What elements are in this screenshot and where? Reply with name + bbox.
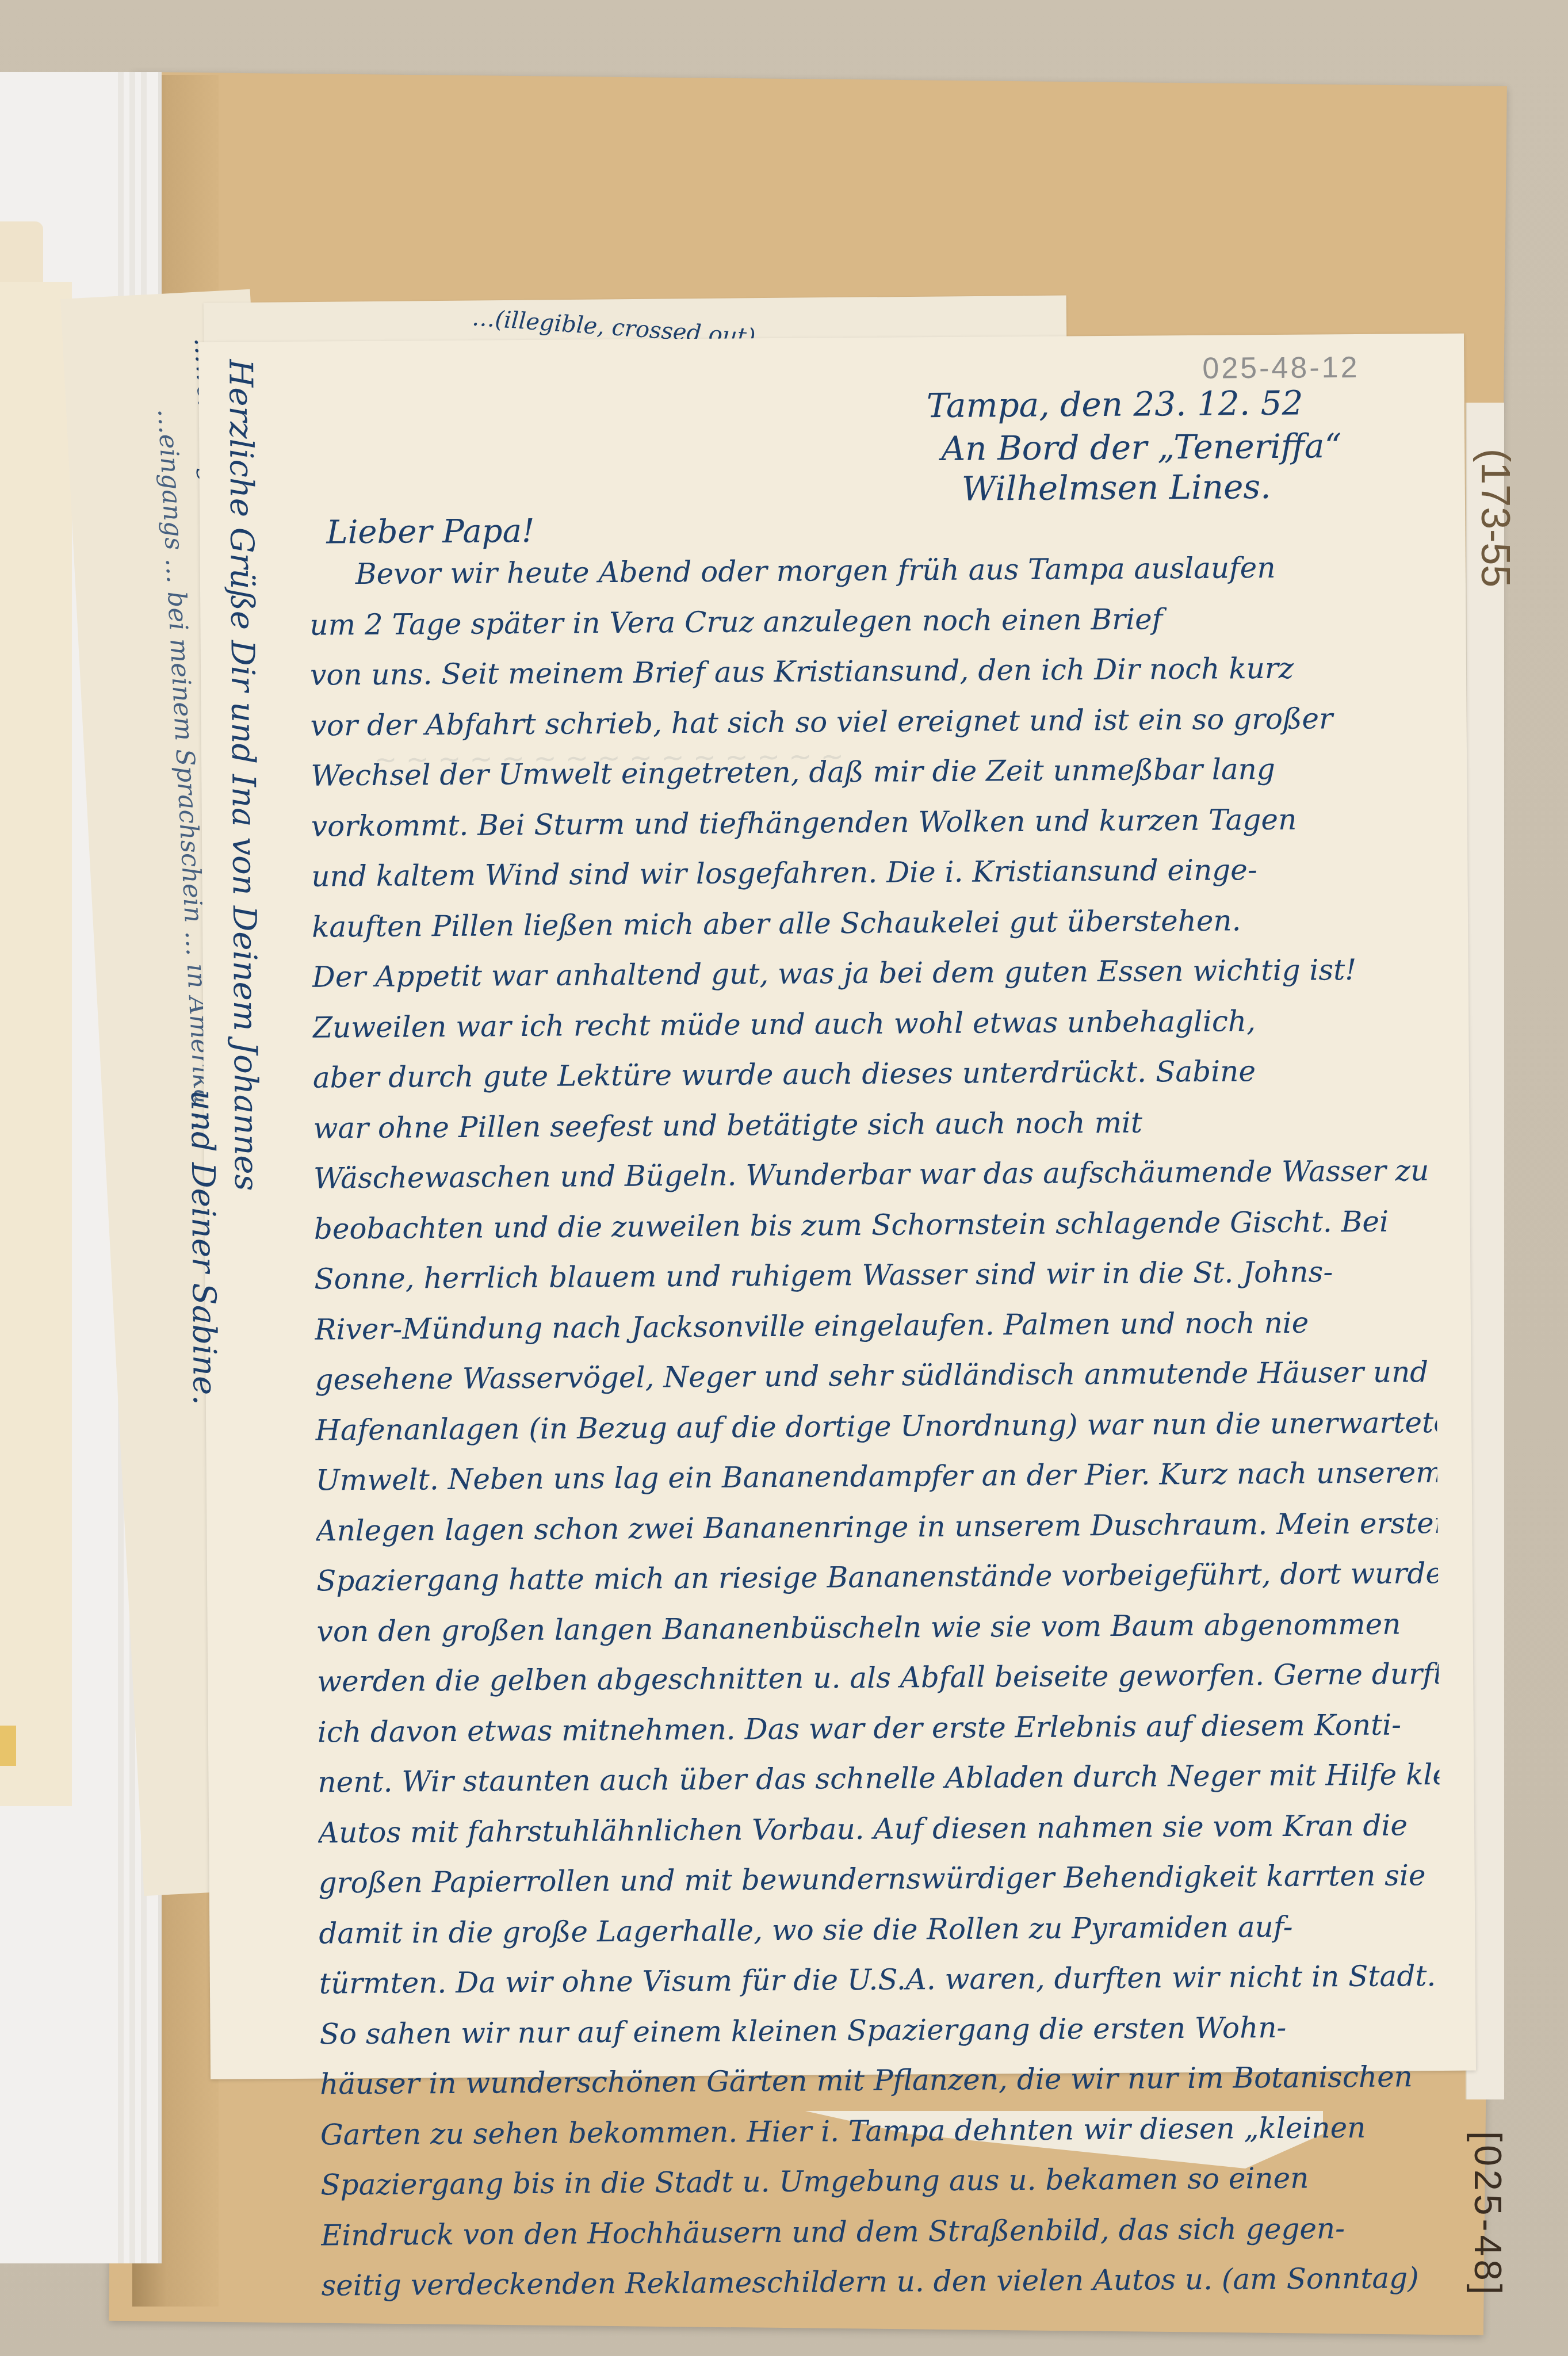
body-line: Sonne, herrlich blauem und ruhigem Wasse… xyxy=(314,1246,1436,1305)
archive-number: 025-48-12 xyxy=(1202,350,1359,386)
body-line: von den großen langen Bananenbüscheln wi… xyxy=(316,1599,1439,1657)
folder-side-number: (173-55 xyxy=(1473,449,1519,587)
body-line: Hafenanlagen (in Bezug auf die dortige U… xyxy=(315,1398,1437,1456)
closing-greeting-vertical: Herzliche Grüße Dir und Ina von Deinem J… xyxy=(221,359,265,1191)
letter-page: ~ ~ ~ ~ ~ ~ ~ ~ ~ ~ ~ ~ ~ ~ ~ 025-48-12 … xyxy=(198,334,1476,2079)
body-line: Der Appetit war anhaltend gut, was ja be… xyxy=(312,944,1434,1003)
body-line: häuser in wunderschönen Gärten mit Pflan… xyxy=(320,2052,1442,2110)
body-line: Anlegen lagen schon zwei Bananenringe in… xyxy=(316,1498,1438,1556)
body-line: vorkommt. Bei Sturm und tiefhängenden Wo… xyxy=(311,794,1433,852)
shipping-line: Wilhelmsen Lines. xyxy=(962,467,1271,508)
body-line: Wäschewaschen und Bügeln. Wunderbar war … xyxy=(313,1146,1436,1204)
body-line: aber durch gute Lektüre wurde auch diese… xyxy=(313,1045,1435,1103)
body-line: kauften Pillen ließen mich aber alle Sch… xyxy=(312,894,1434,953)
body-line: Wechsel der Umwelt eingetreten, daß mir … xyxy=(311,743,1433,801)
ship-name: An Bord der „Teneriffa“ xyxy=(941,426,1341,468)
body-line: damit in die große Lagerhalle, wo sie di… xyxy=(319,1900,1441,1959)
body-line: River-Mündung nach Jacksonville eingelau… xyxy=(315,1297,1437,1355)
body-line: vor der Abfahrt schrieb, hat sich so vie… xyxy=(310,693,1432,751)
body-line: Spaziergang hatte mich an riesige Banane… xyxy=(316,1548,1439,1607)
folder-label: [025-48] xyxy=(1466,2131,1510,2298)
cream-tab xyxy=(0,221,43,290)
signature-vertical: und Deiner Sabine. xyxy=(183,1090,223,1405)
body-line: ich davon etwas mitnehmen. Das war der e… xyxy=(318,1700,1440,1758)
body-line: Eindruck von den Hochhäusern und dem Str… xyxy=(321,2202,1443,2261)
yellow-strip xyxy=(0,1726,16,1766)
body-line: war ohne Pillen seefest und betätigte si… xyxy=(313,1096,1435,1154)
body-line: großen Papierrollen und mit bewundernswü… xyxy=(318,1850,1440,1908)
body-line: von uns. Seit meinem Brief aus Kristians… xyxy=(310,642,1432,701)
body-line: seitig verdeckenden Reklameschildern u. … xyxy=(321,2253,1443,2311)
salutation: Lieber Papa! xyxy=(326,512,535,552)
body-line: gesehene Wasservögel, Neger und sehr süd… xyxy=(315,1347,1437,1405)
body-line: Garten zu sehen bekommen. Hier i. Tampa … xyxy=(320,2102,1442,2160)
place-date: Tampa, den 23. 12. 52 xyxy=(927,384,1303,426)
body-line: So sahen wir nur auf einem kleinen Spazi… xyxy=(319,2001,1441,2059)
body-line: um 2 Tage später in Vera Cruz anzulegen … xyxy=(309,592,1432,651)
body-line: Bevor wir heute Abend oder morgen früh a… xyxy=(309,542,1432,600)
letter-body: Bevor wir heute Abend oder morgen früh a… xyxy=(309,542,1443,2311)
body-line: nent. Wir staunten auch über das schnell… xyxy=(318,1750,1440,1808)
body-line: Zuweilen war ich recht müde und auch woh… xyxy=(312,995,1435,1053)
body-line: beobachten und die zuweilen bis zum Scho… xyxy=(313,1196,1436,1255)
body-line: Umwelt. Neben uns lag ein Bananendampfer… xyxy=(316,1448,1438,1506)
body-line: und kaltem Wind sind wir losgefahren. Di… xyxy=(311,844,1433,902)
body-line: werden die gelben abgeschnitten u. als A… xyxy=(317,1649,1439,1707)
body-line: Spaziergang bis in die Stadt u. Umgebung… xyxy=(320,2152,1443,2210)
body-line: Autos mit fahrstuhlähnlichen Vorbau. Auf… xyxy=(318,1800,1440,1858)
body-line: türmten. Da wir ohne Visum für die U.S.A… xyxy=(319,1951,1441,2009)
cream-sheet xyxy=(0,282,72,1806)
